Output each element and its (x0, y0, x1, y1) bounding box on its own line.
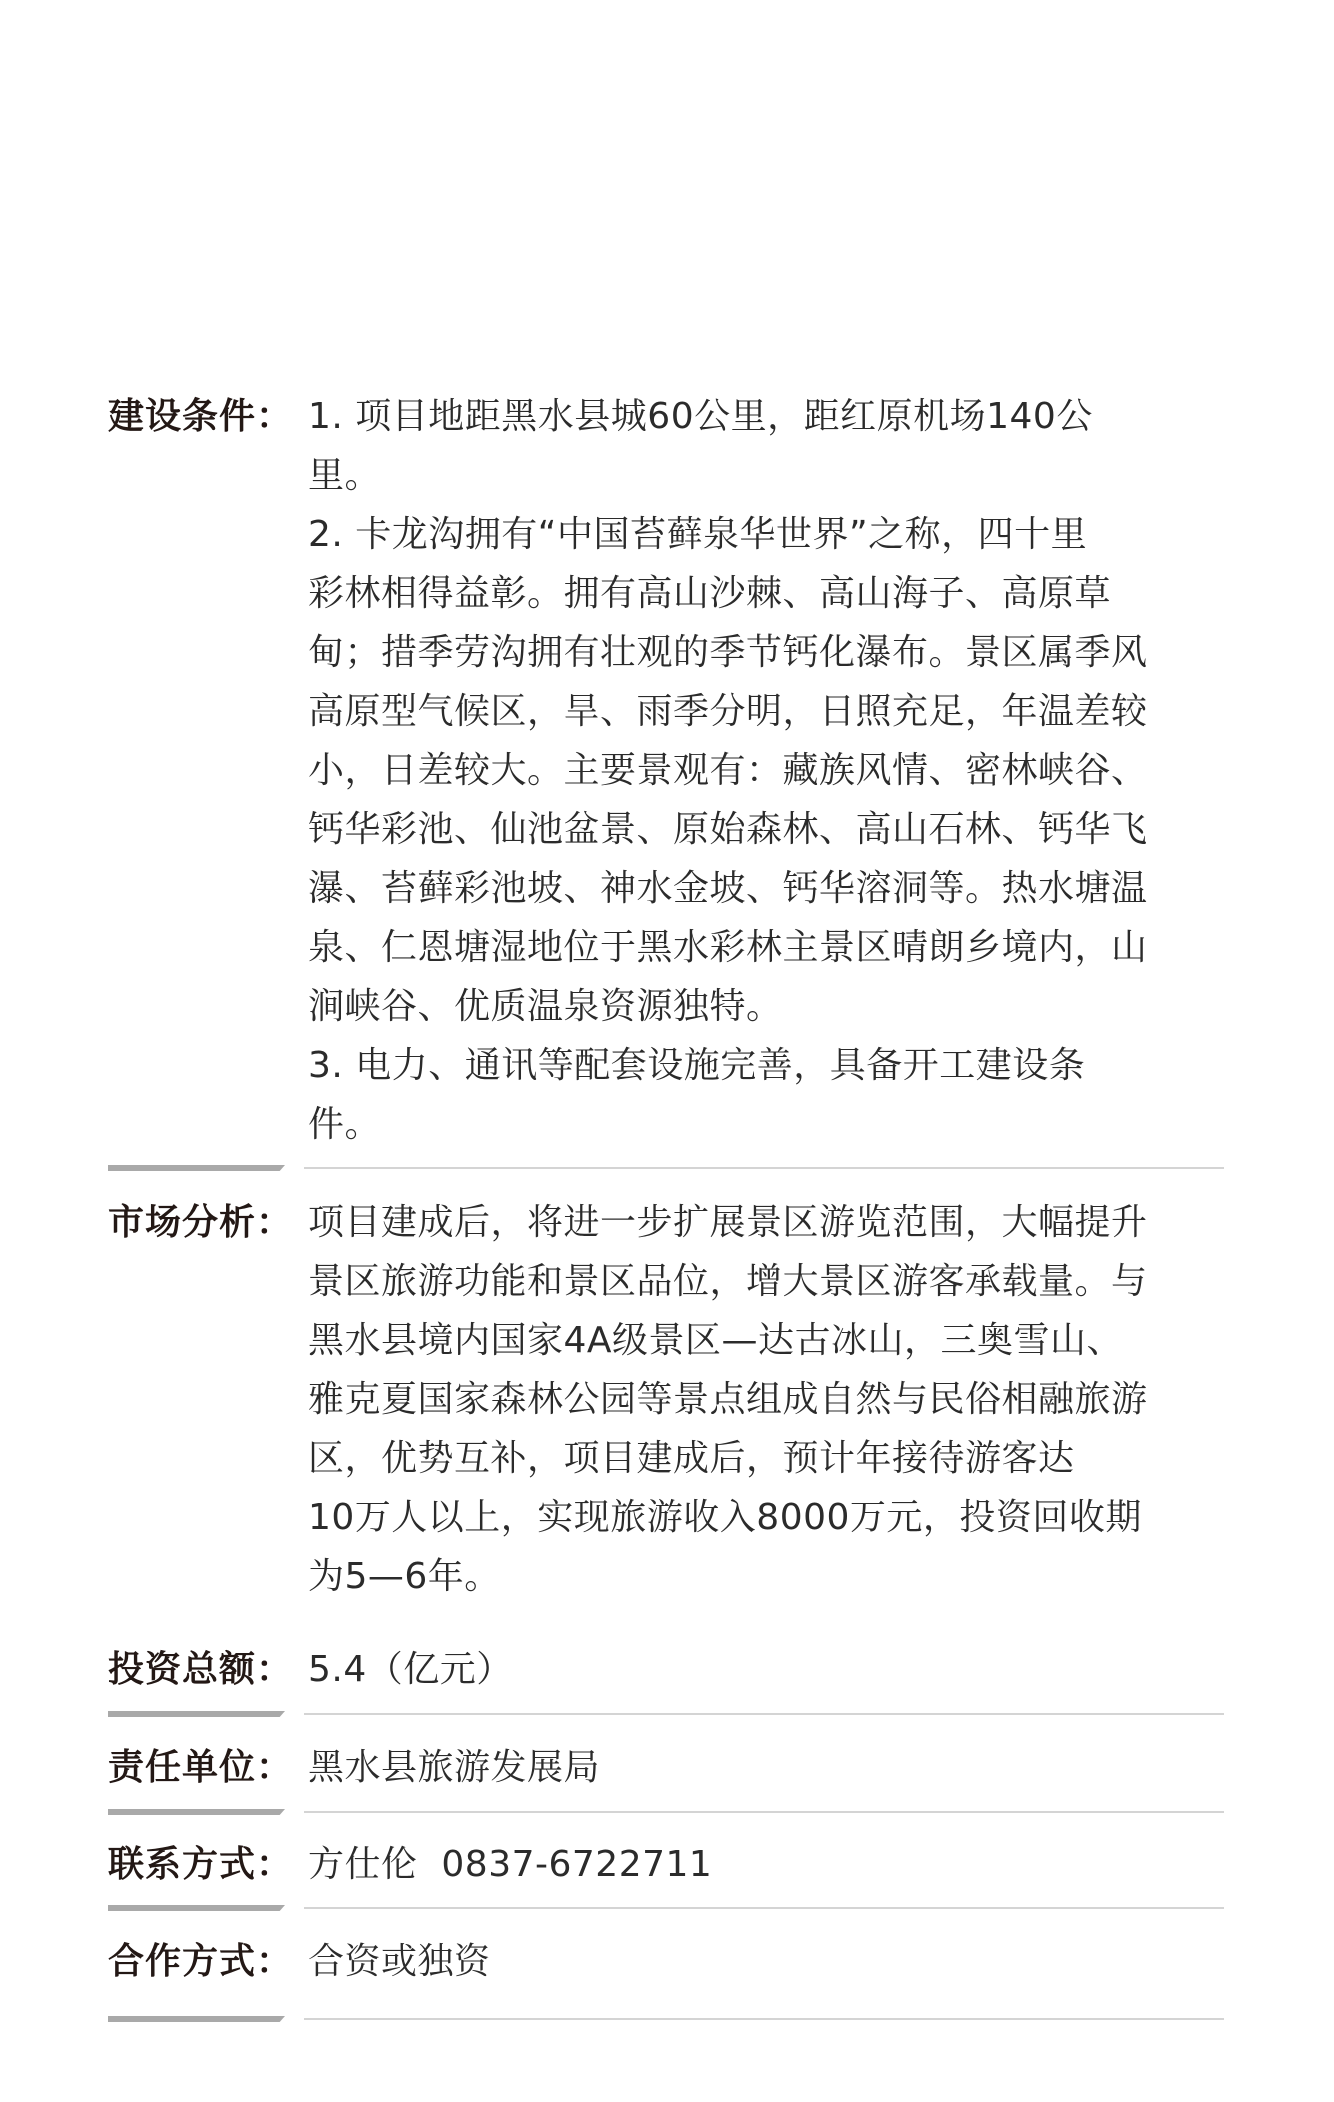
cooperation-value: 合资或独资 (308, 1932, 1224, 1991)
text-line: 黑水县境内国家4A级景区—达古冰山，三奥雪山、 (308, 1311, 1224, 1370)
text-line: 为5—6年。 (308, 1547, 1224, 1606)
divider-thick-bar (108, 1711, 285, 1717)
responsible-unit-value: 黑水县旅游发展局 (308, 1738, 1224, 1797)
text-line: 彩林相得益彰。拥有高山沙棘、高山海子、高原草 (308, 564, 1224, 623)
divider-thick-bar (108, 1809, 285, 1815)
total-investment-value: 5.4（亿元） (308, 1640, 1224, 1699)
text-line: 里。 (308, 446, 1224, 505)
contact-label: 联系方式： (108, 1835, 308, 1894)
market-analysis-label: 市场分析： (108, 1193, 308, 1252)
text-line: 雅克夏国家森林公园等景点组成自然与民俗相融旅游 (308, 1370, 1224, 1429)
section-divider (108, 1165, 1224, 1173)
divider-thick-bar (108, 1165, 285, 1171)
text-line: 泉、仁恩塘湿地位于黑水彩林主景区晴朗乡境内，山 (308, 918, 1224, 977)
text-line: 2. 卡龙沟拥有“中国苔藓泉华世界”之称，四十里 (308, 505, 1224, 564)
divider-thin-line (304, 1811, 1224, 1813)
text-line: 方仕伦 0837-6722711 (308, 1835, 1224, 1894)
divider-thin-line (304, 1713, 1224, 1715)
text-line: 小，日差较大。主要景观有：藏族风情、密林峡谷、 (308, 741, 1224, 800)
section-divider (108, 1905, 1224, 1913)
text-line: 件。 (308, 1095, 1224, 1154)
divider-thin-line (304, 2018, 1224, 2020)
project-info-page: 建设条件： 1. 项目地距黑水县城60公里，距红原机场140公 里。 2. 卡龙… (0, 0, 1334, 2102)
market-analysis-text: 项目建成后，将进一步扩展景区游览范围，大幅提升 景区旅游功能和景区品位，增大景区… (308, 1193, 1224, 1606)
text-line: 瀑、苔藓彩池坡、神水金坡、钙华溶洞等。热水塘温 (308, 859, 1224, 918)
text-line: 甸；措季劳沟拥有壮观的季节钙化瀑布。景区属季风 (308, 623, 1224, 682)
text-line: 高原型气候区，旱、雨季分明，日照充足，年温差较 (308, 682, 1224, 741)
text-line: 项目建成后，将进一步扩展景区游览范围，大幅提升 (308, 1193, 1224, 1252)
text-line: 涧峡谷、优质温泉资源独特。 (308, 977, 1224, 1036)
text-line: 5.4（亿元） (308, 1640, 1224, 1699)
divider-thick-bar (108, 2016, 285, 2022)
text-line: 合资或独资 (308, 1932, 1224, 1991)
section-divider (108, 1809, 1224, 1817)
contact-value: 方仕伦 0837-6722711 (308, 1835, 1224, 1894)
text-line: 10万人以上，实现旅游收入8000万元，投资回收期 (308, 1488, 1224, 1547)
cooperation-label: 合作方式： (108, 1932, 308, 1991)
text-line: 黑水县旅游发展局 (308, 1738, 1224, 1797)
total-investment-label: 投资总额： (108, 1640, 308, 1699)
divider-thin-line (304, 1907, 1224, 1909)
text-line: 区，优势互补，项目建成后，预计年接待游客达 (308, 1429, 1224, 1488)
text-line: 1. 项目地距黑水县城60公里，距红原机场140公 (308, 387, 1224, 446)
responsible-unit-label: 责任单位： (108, 1738, 308, 1797)
text-line: 钙华彩池、仙池盆景、原始森林、高山石林、钙华飞 (308, 800, 1224, 859)
construction-conditions-text: 1. 项目地距黑水县城60公里，距红原机场140公 里。 2. 卡龙沟拥有“中国… (308, 387, 1224, 1154)
construction-conditions-label: 建设条件： (108, 387, 308, 446)
text-line: 3. 电力、通讯等配套设施完善，具备开工建设条 (308, 1036, 1224, 1095)
section-divider (108, 1711, 1224, 1719)
section-divider (108, 2016, 1224, 2024)
text-line: 景区旅游功能和景区品位，增大景区游客承载量。与 (308, 1252, 1224, 1311)
divider-thin-line (304, 1167, 1224, 1169)
divider-thick-bar (108, 1905, 285, 1911)
